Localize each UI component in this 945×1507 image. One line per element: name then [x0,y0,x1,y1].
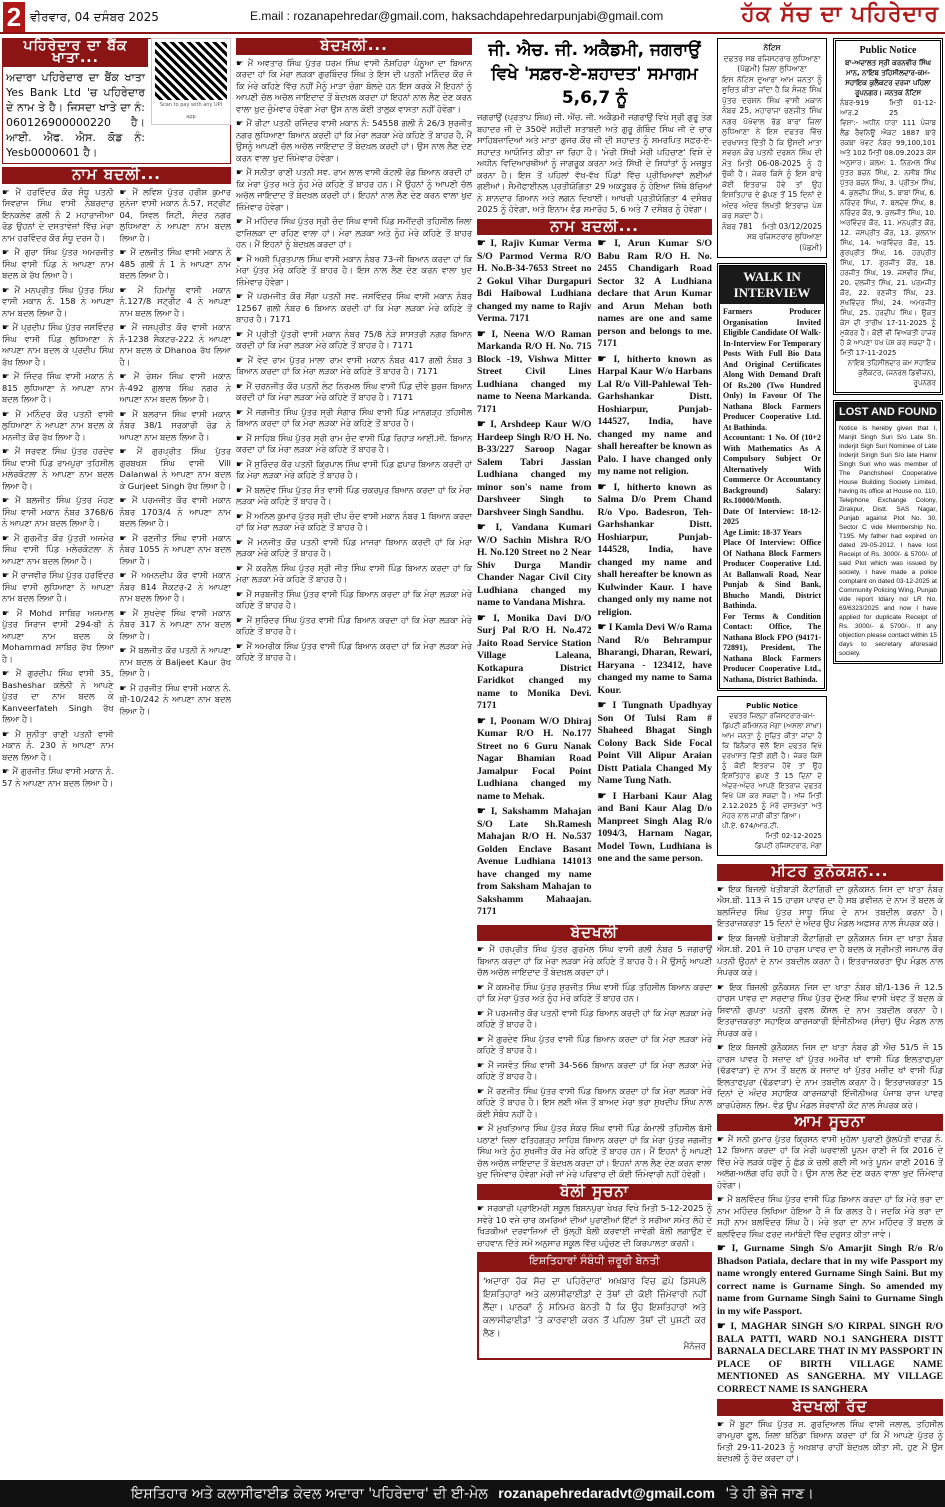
footer-banner: ਇਸ਼ਤਿਹਾਰ ਅਤੇ ਕਲਾਸੀਫਾਈਡ ਕੇਵਲ ਅਦਾਰਾ 'ਪਹਿਰੇ… [0,1480,945,1507]
column-2: ਬੇਦਖ਼ਲੀ... ਮੈਂ ਅਵਤਾਰ ਸਿੰਘ ਪੁੱਤਰ ਧਰਮ ਸਿੰਘ… [236,38,472,667]
bank-box-text: ਅਦਾਰਾ ਪਹਿਰੇਦਾਰ ਦਾ ਬੈਂਕ ਖਾਤਾ Yes Bank Ltd… [3,67,148,163]
lost-found-body: Notice is hereby given that I, Manjit Si… [836,421,940,661]
list-item: ਮੈਂ ਬਲਵਿੰਦਰ ਸਿੰਘ ਪੁੱਤਰ ਵਾਸੀ ਪਿੰਡ ਬਿਆਨ ਕਰ… [717,1194,943,1240]
notice2-body: ਆਮ ਜਨਤਾ ਨੂੰ ਸੂਚਿਤ ਕੀਤਾ ਜਾਂਦਾ ਹੈ ਕਿ ਬਿਨੈਕ… [722,731,822,821]
notice2-title: Public Notice [722,701,822,711]
disclaimer-text: 'ਅਦਾਰਾ ਹੱਕ ਸੱਚ ਦਾ ਪਹਿਰੇਦਾਰ' ਅਖ਼ਬਾਰ ਵਿਚ ਛ… [483,1277,706,1339]
walkin-title: WALK IN INTERVIEW [720,266,824,304]
public-notice-rupnagar: Public Notice ਬਾ-ਅਦਾਲਤ ਸ੍ਰੀ ਕਰਨਵੀਰ ਸਿੰਘ … [833,38,943,395]
general-notice-english-list: I, Gurname Singh S/o Amarjit Singh R/o R… [717,1243,943,1396]
list-item: ਮੈਂ ਹਿਮਾਂਸ਼ੂ ਵਾਸੀ ਮਕਾਨ ਨੰ.127/8 ਸਟ੍ਰੀਟ 4… [120,285,232,320]
section-general-notice: ਆਮ ਸੂਚਨਾ [717,1114,943,1131]
list-item: ਮੈਂ ਬਲਰਾਜ ਸਿੰਘ ਵਾਸੀ ਮਕਾਨ ਨੰਬਰ 38/1 ਸਰਕਾਰ… [120,409,232,444]
lost-and-found-box: LOST AND FOUND Notice is hereby given th… [833,400,943,664]
list-item: I, hitherto known as Harpal Kaur W/o Har… [598,354,713,479]
masthead-logo: ਹੱਕ ਸੱਚ ਦਾ ਪਹਿਰੇਦਾਰ [741,2,939,27]
list-item: I, MAGHAR SINGH S/O KIRPAL SINGH R/O BAL… [717,1321,943,1396]
section-name-change: ਨਾਮ ਬਦਲੀ... [2,167,231,184]
notice2-subtitle: ਦਫਤਰ ਜ਼ਿਲ੍ਹਾ ਰਜਿਸਟਰਾਰ-ਕਮ-ਡਿਪਟੀ ਕਮਿਸ਼ਨਰ ਮ… [722,711,822,731]
news-headline: ਜੀ. ਐਚ. ਜੀ. ਅਕੈਡਮੀ, ਜਗਰਾਉਂ ਵਿਖੇ 'ਸਫ਼ਰ-ਏ-… [477,38,712,110]
list-item: ਮੈਂ ਹਰਜੀਤ ਸਿੰਘ ਵਾਸੀ ਮਕਾਨ ਨੰ. ਬੀ-10/242 ਨ… [120,683,232,718]
notice-date: ਮਿਤੀ 03/12/2025 [762,222,822,233]
notice-number: ਨੰਬਰ 781 [722,222,753,233]
notice-title: ਨੋਟਿਸ [722,43,822,54]
walkin-contact: For Terms & Condition Contact: Office, T… [723,612,821,686]
page-number: 2 [3,2,25,32]
column-4: ਨੋਟਿਸ ਦਫਤਰ ਸਬ ਰਜਿਸਟਰਾਰ ਲੁਧਿਆਣਾ (ਪੱਛਮੀ) ਜ… [717,38,943,1468]
list-item: I, Rajiv Kumar Verma S/O Parmod Verma R/… [477,238,592,326]
list-item: ਮੈਂ ਪ੍ਰੀਤੀ ਪੁੱਤਰੀ ਵਾਸੀ ਮਕਾਨ ਨੰਬਰ 75/8 ਨੇ… [236,329,472,352]
page-header: 2 ਵੀਰਵਾਰ, 04 ਦਸੰਬਰ 2025 E.mail : rozanap… [0,0,945,34]
list-item: I, Vandana Kumari W/O Sachin Mishra R/O … [477,522,592,610]
pn-date2: ਮਿਤੀ 17-11-2025 [840,348,936,358]
notice2-ref: ਪੀ.ਏ. 674/ਆਰ.ਟੀ. [722,821,822,831]
notice2-date: ਮਿਤੀ 02-12-2025 [722,831,822,841]
list-item: ਮੈਂ ਸੁਰਿੰਦਰ ਕੌਰ ਪਤਨੀ ਕ੍ਰਿਪਾਲ ਸਿੰਘ ਵਾਸੀ ਪ… [236,459,472,482]
list-item: I, Arshdeep Kaur W/O Hardeep Singh R/O H… [477,419,592,519]
section-disinheritance: ਬੇਦਖ਼ਲੀ... [236,38,472,55]
list-item: ਮੈਂ ਹਰਪ੍ਰੀਤ ਸਿੰਘ ਪੁੱਤਰ ਗੁਰਮੇਲ ਸਿੰਘ ਵਾਸੀ … [477,944,712,979]
footer-text: ਇਸ਼ਤਿਹਾਰ ਅਤੇ ਕਲਾਸੀਫਾਈਡ ਕੇਵਲ ਅਦਾਰਾ 'ਪਹਿਰੇ… [131,1486,488,1502]
list-item: ਮੈਂ ਬਲਜੀਤ ਸਿੰਘ ਪੁੱਤਰ ਮੋਹਣ ਸਿੰਘ ਵਾਸੀ ਮਕਾਨ… [2,495,114,530]
meter-connection-list: ਇਕ ਬਿਜਲੀ ਖੇਤੀਬਾੜੀ ਕੈਟਾਗਿਰੀ ਦਾ ਕੁਨੈਕਸ਼ਨ ਜ… [717,884,943,1112]
notices-row: ਨੋਟਿਸ ਦਫਤਰ ਸਬ ਰਜਿਸਟਰਾਰ ਲੁਧਿਆਣਾ (ਪੱਛਮੀ) ਜ… [717,38,943,861]
walkin-post: Accountant: 1 No. Of (10+2 With Mathemat… [723,433,821,507]
list-item: ਮੈਂ ਕਰਨੈਲ ਸਿੰਘ ਪੁੱਤਰ ਸ੍ਰੀ ਜੀਤ ਸਿੰਘ ਵਾਸੀ … [236,563,472,586]
list-item: ਮੈਂ ਸਰਵਣ ਸਿੰਘ ਪੁੱਤਰ ਹਰਦੇਵ ਸਿੰਘ ਵਾਸੀ ਪਿੰਡ… [2,446,114,492]
pn-body: ਵਿਸ਼ਾ:- ਅਧੀਨ ਧਾਰਾ 111 ਪੰਜਾਬ ਲੈਂਡ ਰੈਵਨਿਊ … [840,118,936,348]
list-item: ਮੈਂ ਜਸਪ੍ਰੀਤ ਕੌਰ ਵਾਸੀ ਮਕਾਨ ਨੰ-1238 ਸੈਕਟਰ-… [120,322,232,368]
list-item: I, Monika Davi D/O Surj Pal R/O H. No.47… [477,613,592,713]
list-item: ਮੈਂ ਮਨਪ੍ਰੀਤ ਸਿੰਘ ਪੁੱਤਰ ਸਿੰਘ ਵਾਸੀ ਮਕਾਨ ਨੰ… [2,285,114,320]
list-item: ਮੈਂ ਰਣਜੀਤ ਸਿੰਘ ਵਾਸੀ ਮਕਾਨ ਨੰਬਰ 1055 ਨੇ ਆਪ… [120,533,232,568]
qr-caption: Scan to pay with any UPI app [155,100,227,123]
list-item: ਇਕ ਬਿਜਲੀ ਕੁਨੈਕਸ਼ਨ ਜਿਸ ਦਾ ਖਾਤਾ ਨੰਬਰ ਡੀ ਐਚ… [717,1042,943,1111]
disclaimer-box: 'ਅਦਾਰਾ ਹੱਕ ਸੱਚ ਦਾ ਪਹਿਰੇਦਾਰ' ਅਖ਼ਬਾਰ ਵਿਚ ਛ… [477,1270,712,1360]
list-item: ਮੈਂ ਮੁਖਤਿਆਰ ਸਿੰਘ ਪੁੱਤਰ ਸ਼ੰਕਰ ਸਿੰਘ ਵਾਸੀ ਪ… [477,1123,712,1181]
list-item: ਇਕ ਬਿਜਲੀ ਖੇਤੀਬਾੜੀ ਕੈਟਾਗਿਰੀ ਦਾ ਕੁਨੈਕਸ਼ਨ ਜ… [717,884,943,930]
cancel-entry: ਮੈਂ ਬੂਟਾ ਸਿੰਘ ਪੁੱਤਰ ਸ. ਗੁਰਦਿਆਲ ਸਿੰਘ ਵਾਸੀ… [717,1419,943,1465]
bank-account-box: ਪਹਿਰੇਦਾਰ ਦਾ ਬੈਂਕ ਖਾਤਾ... ਅਦਾਰਾ ਪਹਿਰੇਦਾਰ … [2,38,231,164]
name-change-list: ਮੈਂ ਹਰਵਿੰਦਰ ਕੌਰ ਸੰਧੂ ਪਤਨੀ ਸਿਵਰਾਜ ਸਿੰਘ ਵਾ… [2,187,231,793]
list-item: ਮੈਂ ਅਸ਼ੀ ਪ੍ਰਿਤਪਾਲ ਸਿੰਘ ਵਾਸੀ ਮਕਾਨ ਨੰਬਰ 73… [236,254,472,289]
list-item: ਮੈਂ ਰੀਟਾ ਪਤਨੀ ਰਜਿੰਦਰ ਵਾਸੀ ਮਕਾਨ ਨੰ: 54558… [236,118,472,164]
section-name-change-english: ਨਾਮ ਬਦਲੀ... [477,219,712,236]
list-item: ਮੈਂ ਚਰਨਜੀਤ ਕੌਰ ਪਤਨੀ ਲੇਟ ਨਿਰਮਲ ਸਿੰਘ ਵਾਸੀ … [236,381,472,404]
list-item: ਮੈਂ ਲਵਿਸ਼ ਪੁੱਤਰ ਹਰੀਸ਼ ਕੁਮਾਰ ਸੁਨੇਜਾ ਵਾਸੀ … [120,187,232,245]
list-item: I, Poonam W/O Dhiraj Kumar R/O H. No.177… [477,716,592,804]
list-item: I, Gurname Singh S/o Amarjit Singh R/o R… [717,1243,943,1318]
issue-date: ਵੀਰਵਾਰ, 04 ਦਸੰਬਰ 2025 [30,10,159,25]
pn-ref: ਨੰਬਰ-919 ਆਰ.2 [840,98,889,118]
list-item: ਮੈਂ ਗੁਰਜੀਤ ਸਿੰਘ ਵਾਸੀ ਮਕਾਨ ਨੰ. 57 ਨੇ ਆਪਣਾ… [2,766,114,789]
auction-notice: ਸਰਕਾਰੀ ਪ੍ਰਾਇਮਰੀ ਸਕੂਲ ਬਿਸ਼ਨਪੁਰਾ ਖੇਖਰ ਵਿਖੇ… [477,1203,712,1249]
walkin-intro: Farmers Producer Organisation Invited El… [723,307,821,433]
general-notice-list: ਮੈਂ ਸਨੀ ਕੁਮਾਰ ਪੁੱਤਰ ਕ੍ਰਿਸਨ ਵਾਸੀ ਮੁਹੱਲਾ ਪ… [717,1134,943,1241]
disclaimer-title: ਇਸ਼ਤਿਹਾਰਾਂ ਸੰਬੰਧੀ ਜ਼ਰੂਰੀ ਬੇਨਤੀ [477,1252,712,1270]
list-item: ਮੈਂ ਜਗਜੀਤ ਸਿੰਘ ਪੁੱਤਰ ਸ੍ਰੀ ਸੰਗਾਰ ਸਿੰਘ ਵਾਸ… [236,407,472,430]
list-item: ਮੈਂ ਗੁਰਦੀਪ ਸਿੰਘ ਵਾਸੀ 35, Basheshar ਕਲੋਨੀ… [2,668,114,726]
list-item: ਮੈਂ ਬਲਜੀਤ ਕੌਰ ਪਤਨੀ ਨੇ ਆਪਣਾ ਨਾਮ ਬਦਲ ਕੇ Ba… [120,645,232,680]
english-name-change-list: I, Rajiv Kumar Verma S/O Parmod Verma R/… [477,238,712,922]
section-bedakhli: ਬੇਦਖਲੀ [477,925,712,942]
registrar-notice: ਨੋਟਿਸ ਦਫਤਰ ਸਬ ਰਜਿਸਟਰਾਰ ਲੁਧਿਆਣਾ (ਪੱਛਮੀ) ਜ… [717,38,827,258]
list-item: ਮੈਂ ਸੁਨੀਤਾ ਰਾਣੀ ਪਤਨੀ ਵਾਸੀ ਮਕਾਨ ਨੰ. 230 ਨ… [2,729,114,764]
list-item: ਮੈਂ ਪਰਮਜੀਤ ਕੌਰ ਪਤਨੀ ਵਾਸੀ ਪਿੰਡ ਬਿਆਨ ਕਰਦੀ … [477,1008,712,1031]
list-item: ਮੈਂ ਜਸਵੰਤ ਸਿੰਘ ਵਾਸੀ 34-566 ਬਿਆਨ ਕਰਦਾ ਹਾਂ… [477,1060,712,1083]
list-item: ਮੈਂ ਸਾਹਿਬ ਸਿੰਘ ਪੁੱਤਰ ਸ੍ਰੀ ਰਾਮ ਚੰਦ ਵਾਸੀ ਪ… [236,433,472,456]
list-item: I Tungnath Upadhyay Son Of Tulsi Ram # S… [598,700,713,788]
column-3: ਜੀ. ਐਚ. ਜੀ. ਅਕੈਡਮੀ, ਜਗਰਾਉਂ ਵਿਖੇ 'ਸਫ਼ਰ-ਏ-… [477,38,712,1360]
list-item: ਮੈਂ ਮਹਿੰਦਰ ਸਿੰਘ ਪੁੱਤਰ ਸ੍ਰੀ ਚੰਦ ਸਿੰਘ ਵਾਸੀ… [236,216,472,251]
pn-subtitle: ਬਾ-ਅਦਾਲਤ ਸ੍ਰੀ ਕਰਨਵੀਰ ਸਿੰਘ ਮਾਨ, ਨਾਇਬ ਤਹਿਸ… [840,58,936,98]
disclaimer-sign: ਮੈਨੇਜਰ [483,1341,706,1354]
lost-found-title: LOST AND FOUND [836,403,940,421]
list-item: ਮੈਂ ਪਰਮਜੀਤ ਕੌਰ ਸੌਂਗਾ ਪਤਨੀ ਸਵ. ਜਸਵਿੰਦਰ ਸਿ… [236,291,472,326]
english-name-change-right: I, Arun Kumar S/O Babu Ram R/O H. No. 24… [598,238,713,922]
list-item: ਮੈਂ ਰਾਜਵੀਰ ਸਿੰਘ ਪੁੱਤਰ ਹਰਵਿੰਦਰ ਸਿੰਘ ਵਾਸੀ … [2,570,114,605]
list-item: I, hitherto known as Salma D/o Prem Chan… [598,482,713,620]
list-item: ਮੈਂ ਰਣਜੀਤ ਸਿੰਘ ਪੁੱਤਰ ਵਾਸੀ ਪਿੰਡ ਬਿਆਨ ਕਰਦਾ… [477,1086,712,1121]
english-name-change-left: I, Rajiv Kumar Verma S/O Parmod Verma R/… [477,238,592,922]
pn-date: ਮਿਤੀ 01-12-25 [889,98,936,118]
list-item: ਇਕ ਬਿਜਲੀ ਕੁਨੈਕਸ਼ਨ ਜਿਸ ਦਾ ਖਾਤਾ ਨੰਬਰ ਬੀ/1-… [717,982,943,1040]
bedakhli-list: ਮੈਂ ਹਰਪ੍ਰੀਤ ਸਿੰਘ ਪੁੱਤਰ ਗੁਰਮੇਲ ਸਿੰਘ ਵਾਸੀ … [477,944,712,1181]
notice-sign: ਸਬ ਰਜਿਸਟਰਾਰ ਲੁਧਿਆਣਾ (ਪੱਛਮੀ) [722,232,822,253]
list-item: ਮੈਂ ਅਮਨਦੀਪ ਕੌਰ ਵਾਸੀ ਮਕਾਨ ਨੰਬਰ 814 ਸੈਕਟਰ-… [120,570,232,605]
list-item: ਮੈਂ ਪਰਮਜੀਤ ਕੌਰ ਵਾਸੀ ਮਕਾਨ ਨੰਬਰ 1703/4 ਨੇ … [120,495,232,530]
list-item: I, Neena W/O Raman Markanda R/O H. No. 7… [477,329,592,417]
walk-in-interview-box: WALK IN INTERVIEW Farmers Producer Organ… [717,263,827,691]
walkin-body: Farmers Producer Organisation Invited El… [720,304,824,688]
disinheritance-list: ਮੈਂ ਅਵਤਾਰ ਸਿੰਘ ਪੁੱਤਰ ਧਰਮ ਸਿੰਘ ਵਾਸੀ ਨੌਸ਼ਹ… [236,58,472,664]
list-item: ਮੈਂ ਗੁਰਾ ਸਿੰਘ ਪੁੱਤਰ ਅਮਰਜੀਤ ਸਿੰਘ ਵਾਸੀ ਪਿੰ… [2,247,114,282]
list-item: ਮੈਂ ਅਵਤਾਰ ਸਿੰਘ ਪੁੱਤਰ ਧਰਮ ਸਿੰਘ ਵਾਸੀ ਨੌਸ਼ਹ… [236,58,472,116]
list-item: ਮੈਂ ਅਨਿਲ ਕੁਮਾਰ ਪੁੱਤਰ ਸ੍ਰੀ ਦੀਪ ਚੰਦ ਵਾਸੀ ਮ… [236,511,472,534]
name-change-left: ਮੈਂ ਹਰਵਿੰਦਰ ਕੌਰ ਸੰਧੂ ਪਤਨੀ ਸਿਵਰਾਜ ਸਿੰਘ ਵਾ… [2,187,114,793]
column-1: ਪਹਿਰੇਦਾਰ ਦਾ ਬੈਂਕ ਖਾਤਾ... ਅਦਾਰਾ ਪਹਿਰੇਦਾਰ … [2,38,231,792]
list-item: ਮੈਂ ਹਰਵਿੰਦਰ ਕੌਰ ਸੰਧੂ ਪਤਨੀ ਸਿਵਰਾਜ ਸਿੰਘ ਵਾ… [2,187,114,245]
list-item: ਮੈਂ ਮਨਜੀਤ ਕੌਰ ਪਤਨੀ ਵਾਸੀ ਪਿੰਡ ਮਾਜਰਾ ਬਿਆਨ … [236,537,472,560]
section-disinheritance-cancel: ਬੇਦਖਲੀ ਰੱਦ [717,1399,943,1416]
list-item: ਮੈਂ ਗੁਰਪ੍ਰੀਤ ਸਿੰਘ ਪੁੱਤਰ ਗੁਰਬਖਸ਼ ਸਿੰਘ ਵਾਸ… [120,446,232,492]
list-item: ਮੈਂ ਸੁਰਿੰਦਰ ਸਿੰਘ ਪੁੱਤਰ ਵਾਸੀ ਪਿੰਡ ਬਿਆਨ ਕਰ… [236,615,472,638]
list-item: ਮੈਂ ਅਮਰੀਕ ਸਿੰਘ ਪੁੱਤਰ ਵਾਸੀ ਪਿੰਡ ਬਿਆਨ ਕਰਦਾ… [236,641,472,664]
notice2-sign: ਡਿਪਟੀ ਰਜਿਸਟਰਾਰ, ਮੋਗਾ [722,841,822,851]
news-story: ਜਗਰਾਉਂ (ਪ੍ਰਤਾਪ ਸਿੰਘ) ਜੀ. ਐਂਚ. ਜੀ. ਅਕੈਡਮੀ… [477,112,712,216]
list-item: ਮੈਂ ਸੁਖਦੇਵ ਸਿੰਘ ਵਾਸੀ ਮਕਾਨ ਨੰਬਰ 317 ਨੇ ਆਪ… [120,608,232,643]
list-item: ਮੈਂ ਸਨੀ ਕੁਮਾਰ ਪੁੱਤਰ ਕ੍ਰਿਸਨ ਵਾਸੀ ਮੁਹੱਲਾ ਪ… [717,1134,943,1192]
public-notice-moga: Public Notice ਦਫਤਰ ਜ਼ਿਲ੍ਹਾ ਰਜਿਸਟਰਾਰ-ਕਮ-ਡ… [717,696,827,856]
walkin-date: Date Of Interview: 18-12-2025 [723,507,821,528]
walkin-place: Place Of Interview: Office Of Nathana Bl… [723,538,821,612]
list-item: ਮੈਂ ਵੇਦ ਰਾਮ ਪੁੱਤਰ ਮਾਲਾ ਰਾਮ ਵਾਸੀ ਮਕਾਨ ਨੰਬ… [236,355,472,378]
pn-sign: ਨਾਇਬ ਤਹਿਸੀਲਦਾਰ ਕਮ ਸਹਾਇਕ ਕੁਲੈਕਟਰ, (ਜਨਰਲ ਡ… [840,358,936,388]
list-item: I Kamla Devi W/o Rama Nand R/o Behrampur… [598,622,713,697]
notice-subtitle: ਦਫਤਰ ਸਬ ਰਜਿਸਟਰਾਰ ਲੁਧਿਆਣਾ (ਪੱਛਮੀ) ਜ਼ਿਲਾ ਲ… [722,54,822,75]
walkin-age: Age Limit: 18-37 Years [723,528,821,539]
footer-email[interactable]: rozanapehredaradvt@gmail.com [498,1485,715,1501]
section-meter-connection: ਮੀਟਰ ਕੁਨੈਕਸ਼ਨ... [717,864,943,881]
list-item: ਮੈਂ ਬਲਦੇਵ ਸਿੰਘ ਪੁੱਤਰ ਸੰਤ ਵਾਸੀ ਪਿੰਡ ਚਕਰਪੁ… [236,485,472,508]
list-item: ਮੈਂ Mohd ਸਾਬਿਰ ਅਜਮਾਲ ਪੁੱਤਰ ਸਿਰਾਜ ਵਾਸੀ 29… [2,608,114,666]
list-item: ਮੈਂ ਦਲਜੀਤ ਸਿੰਘ ਵਾਸੀ ਮਕਾਨ ਨੰ 485 ਗਲੀ ਨੰ 1… [120,247,232,282]
list-item: I, Sakshamm Mahajan S/O Late Sh.Ramesh M… [477,806,592,919]
list-item: ਮੈਂ ਸਨੀਤਾ ਰਾਣੀ ਪਤਨੀ ਸਵ. ਰਾਮ ਲਾਲ ਵਾਸੀ ਕੋਟ… [236,167,472,213]
list-item: I Harbani Kaur Alag and Bani Kaur Alag D… [598,791,713,866]
list-item: ਮੈਂ ਪ੍ਰਦੀਪ ਸਿੰਘ ਪੁੱਤਰ ਜਸਵਿੰਦਰ ਸਿੰਘ ਵਾਸੀ … [2,322,114,368]
pn-title: Public Notice [840,45,936,58]
notice-body: ਇਸ ਨੋਟਿਸ ਦੁਆਰਾ ਆਮ ਜਨਤਾ ਨੂੰ ਸੂਚਿਤ ਕੀਤਾ ਜਾ… [722,75,822,222]
bank-box-title: ਪਹਿਰੇਦਾਰ ਦਾ ਬੈਂਕ ਖਾਤਾ... [3,39,148,67]
list-item: ਮੈਂ ਮਨਿੰਦਰ ਕੌਰ ਪਤਨੀ ਵਾਸੀ ਲੁਧਿਆਣਾ ਨੇ ਆਪਣਾ… [2,409,114,444]
footer-suffix: 'ਤੇ ਹੀ ਭੇਜੇ ਜਾਣ। [725,1486,813,1502]
list-item: ਮੈਂ ਰੇਸ਼ਮ ਸਿੰਘ ਵਾਸੀ ਮਕਾਨ ਨੰ-492 ਗੁਲਾਬ ਸਿ… [120,371,232,406]
qr-code-icon[interactable]: Scan to pay with any UPI app [152,39,230,124]
list-item: I, Arun Kumar S/O Babu Ram R/O H. No. 24… [598,238,713,351]
list-item: ਇਕ ਬਿਜਲੀ ਖੇਤੀਬਾੜੀ ਕੈਟਾਗਿਰੀ ਦਾ ਕੁਨੈਕਸ਼ਨ ਜ… [717,933,943,979]
list-item: ਮੈਂ ਕਸ਼ਮੀਰ ਸਿੰਘ ਪੁੱਤਰ ਸੁਰਜੀਤ ਸਿੰਘ ਵਾਸੀ ਪ… [477,982,712,1005]
contact-email[interactable]: E.mail : rozanapehredar@gmail.com, haksa… [250,9,663,23]
section-auction: ਬੋਲੀ ਸੂਚਨਾ [477,1184,712,1201]
name-change-right: ਮੈਂ ਲਵਿਸ਼ ਪੁੱਤਰ ਹਰੀਸ਼ ਕੁਮਾਰ ਸੁਨੇਜਾ ਵਾਸੀ … [120,187,232,793]
list-item: ਮੈਂ ਗੁਰਦੇਵ ਸਿੰਘ ਪੁੱਤਰ ਵਾਸੀ ਪਿੰਡ ਬਿਆਨ ਕਰਦ… [477,1034,712,1057]
list-item: ਮੈਂ ਜਿੰਦਰ ਸਿੰਘ ਵਾਸੀ ਮਕਾਨ ਨੰ 815 ਲੁਧਿਆਣਾ … [2,371,114,406]
list-item: ਮੈਂ ਸਰਬਜੀਤ ਸਿੰਘ ਪੁੱਤਰ ਵਾਸੀ ਪਿੰਡ ਬਿਆਨ ਕਰਦ… [236,589,472,612]
list-item: ਮੈਂ ਗੁਰਮੀਤ ਕੌਰ ਪੁੱਤਰੀ ਅਜਮੇਰ ਸਿੰਘ ਵਾਸੀ ਪਿ… [2,533,114,568]
